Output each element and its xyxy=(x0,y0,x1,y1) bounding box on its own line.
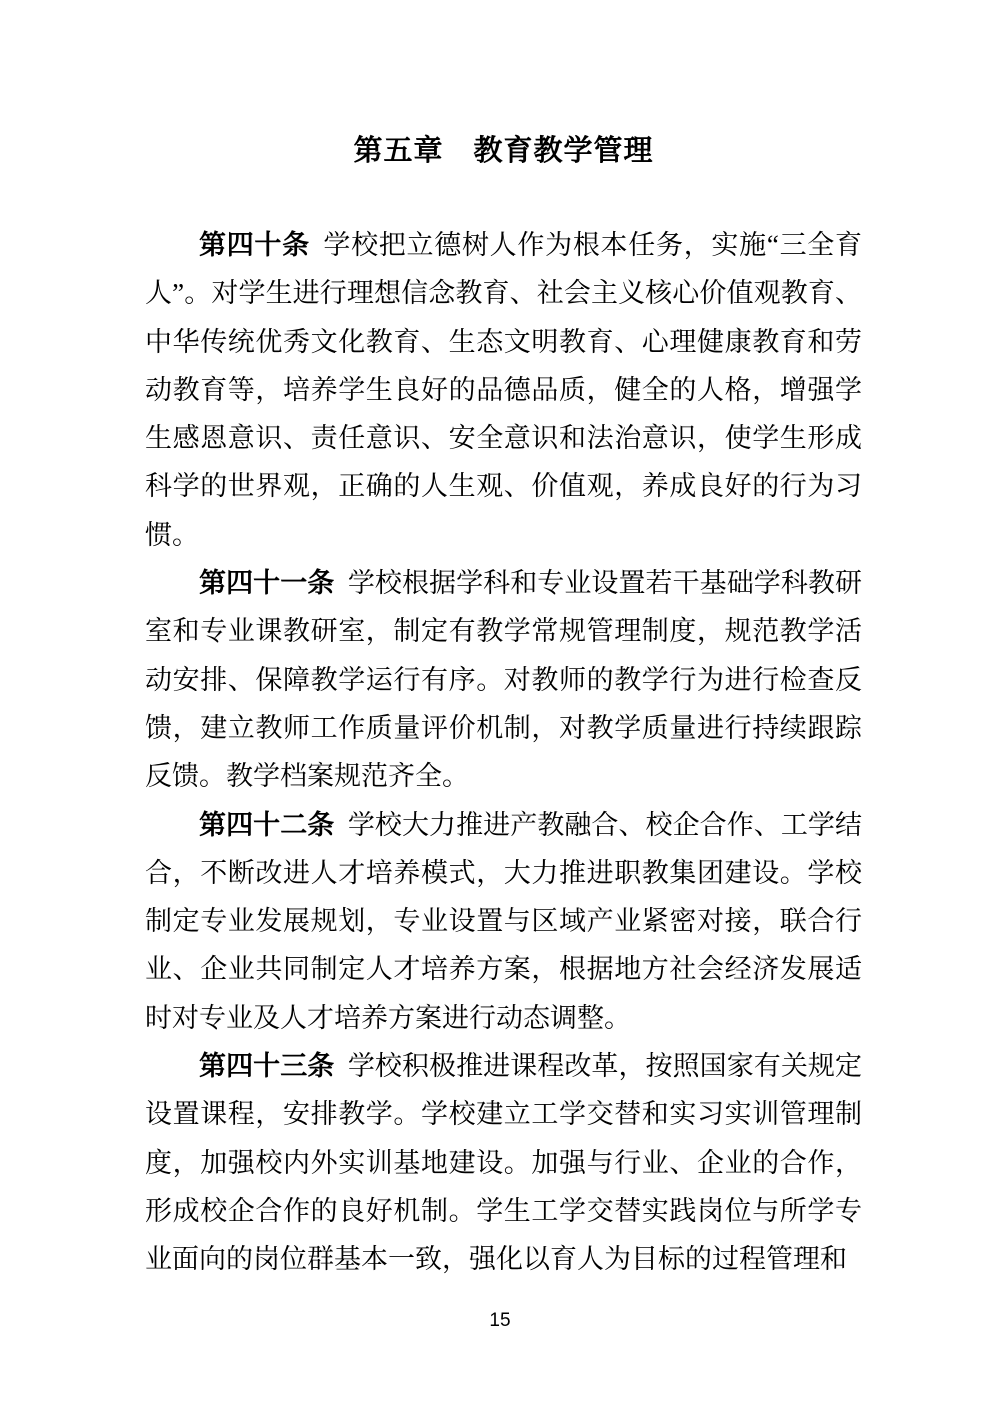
article-43-label: 第四十三条 xyxy=(199,1051,334,1081)
article-paragraph-43: 第四十三条学校积极推进课程改革，按照国家有关规定设置课程，安排教学。学校建立工学… xyxy=(145,1042,862,1283)
article-40-label: 第四十条 xyxy=(199,230,310,260)
document-body: 第五章 教育教学管理 第四十条学校把立德树人作为根本任务，实施“三全育人”。对学… xyxy=(145,0,862,1284)
chapter-title: 第五章 教育教学管理 xyxy=(145,131,862,169)
article-40-text: 学校把立德树人作为根本任务，实施“三全育人”。对学生进行理想信念教育、社会主义核… xyxy=(145,230,862,550)
article-42-text: 学校大力推进产教融合、校企合作、工学结合，不断改进人才培养模式，大力推进职教集团… xyxy=(145,810,862,1033)
article-41-text: 学校根据学科和专业设置若干基础学科教研室和专业课教研室，制定有教学常规管理制度，… xyxy=(145,568,862,791)
article-paragraph-40: 第四十条学校把立德树人作为根本任务，实施“三全育人”。对学生进行理想信念教育、社… xyxy=(145,221,862,559)
document-page: 第五章 教育教学管理 第四十条学校把立德树人作为根本任务，实施“三全育人”。对学… xyxy=(0,0,1000,1415)
article-43-text: 学校积极推进课程改革，按照国家有关规定设置课程，安排教学。学校建立工学交替和实习… xyxy=(145,1051,862,1274)
page-number: 15 xyxy=(0,1308,1000,1334)
article-paragraph-41: 第四十一条学校根据学科和专业设置若干基础学科教研室和专业课教研室，制定有教学常规… xyxy=(145,559,862,800)
article-41-label: 第四十一条 xyxy=(199,568,334,598)
article-42-label: 第四十二条 xyxy=(199,810,334,840)
article-paragraph-42: 第四十二条学校大力推进产教融合、校企合作、工学结合，不断改进人才培养模式，大力推… xyxy=(145,801,862,1042)
